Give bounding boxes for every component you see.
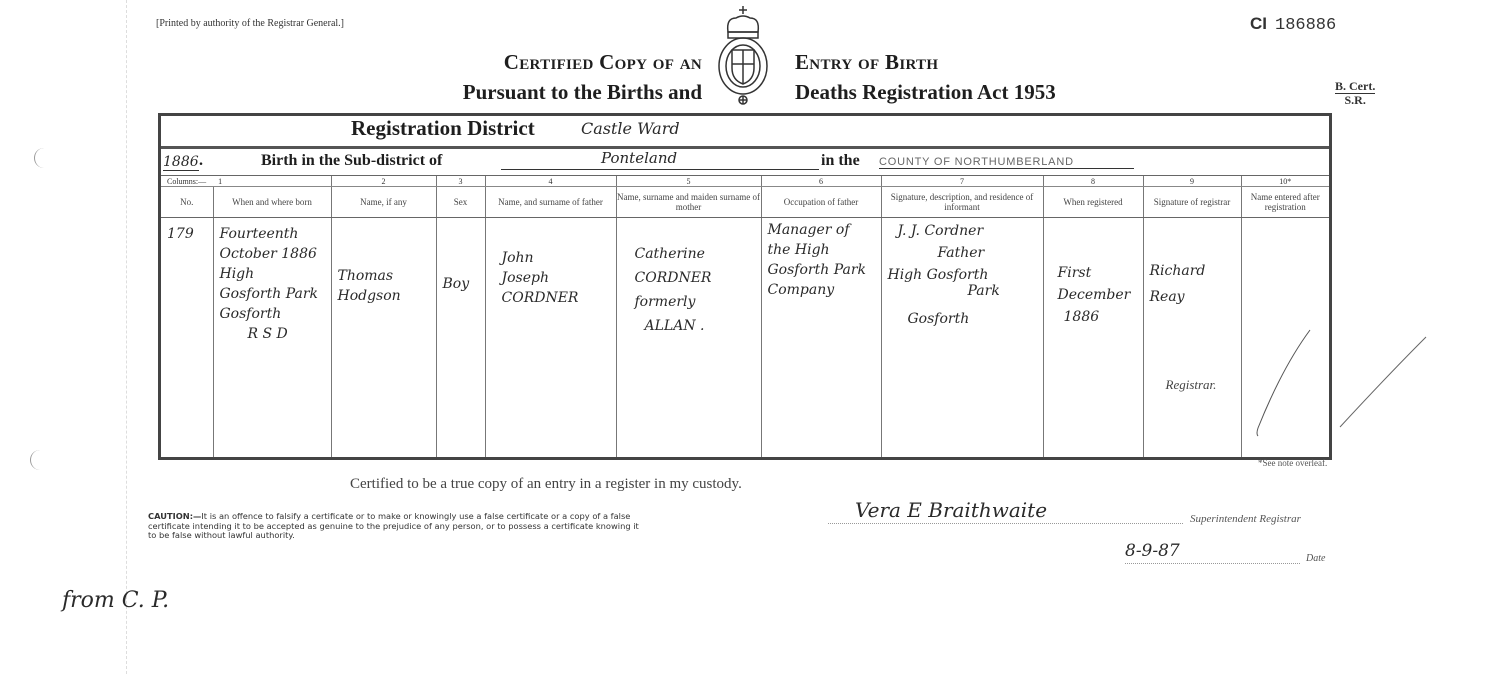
county-label: in the — [821, 152, 860, 170]
column-headers-row: No. When and where born Name, if any Sex… — [161, 187, 1329, 218]
title-right-line1: Entry of Birth — [795, 50, 938, 75]
date-dotted-line — [1125, 563, 1300, 564]
header-sex: Sex — [436, 187, 485, 218]
table-row: 179 Fourteenth October 1886 High Gosfort… — [161, 218, 1329, 458]
certificate-code-bottom: S.R. — [1335, 94, 1375, 106]
paper-fold-line — [126, 0, 127, 674]
column-number-4: 4 — [485, 176, 616, 187]
column-number-5: 5 — [616, 176, 761, 187]
title-left-line2: Pursuant to the Births and — [463, 80, 702, 105]
birth-register-table: Columns:— 1 2 3 4 5 6 7 8 9 10* No. When… — [161, 176, 1329, 457]
punch-hole-mark — [30, 450, 41, 470]
header-when-registered: When registered — [1043, 187, 1143, 218]
punch-hole-mark — [34, 148, 45, 168]
header-registrar-signature: Signature of registrar — [1143, 187, 1241, 218]
entry-child-name: Thomas Hodgson — [331, 218, 436, 458]
subdistrict-label: Birth in the Sub-district of — [261, 152, 442, 170]
column-number-7: 7 — [881, 176, 1043, 187]
header-name-after-registration: Name entered after registration — [1241, 187, 1329, 218]
header-occupation: Occupation of father — [761, 187, 881, 218]
certificate-code-top: B. Cert. — [1335, 80, 1375, 94]
registrar-signature-surname: Reay — [1150, 284, 1237, 310]
serial-prefix: CI — [1250, 14, 1267, 33]
entry-sex: Boy — [436, 218, 485, 458]
entry-father-occupation: Manager of the High Gosforth Park Compan… — [761, 218, 881, 458]
title-left-line1: Certified Copy of an — [504, 50, 702, 75]
certificate-code: B. Cert. S.R. — [1335, 80, 1375, 106]
registration-frame: Registration District Castle Ward 1886 .… — [158, 113, 1332, 460]
county-value: COUNTY OF NORTHUMBERLAND — [879, 156, 1134, 169]
registrar-title: Registrar. — [1150, 372, 1237, 398]
superintendent-registrar-label: Superintendent Registrar — [1190, 513, 1301, 525]
column-number-3: 3 — [436, 176, 485, 187]
header-informant: Signature, description, and residence of… — [881, 187, 1043, 218]
header-no: No. — [161, 187, 213, 218]
entry-father-name: John Joseph CORDNER — [485, 218, 616, 458]
column-number-1: Columns:— 1 — [161, 176, 331, 187]
registrar-signature: Richard — [1150, 258, 1237, 284]
subdistrict-value: Ponteland — [601, 149, 677, 167]
handwritten-margin-note: from C. P. — [62, 588, 169, 613]
signature-dotted-line — [828, 523, 1183, 524]
column-number-8: 8 — [1043, 176, 1143, 187]
subdistrict-row: 1886 . Birth in the Sub-district of Pont… — [161, 149, 1329, 176]
birth-year-value: 1886 — [163, 154, 199, 171]
header-when-where-born: When and where born — [213, 187, 331, 218]
cancellation-slash-mark-outside — [1338, 335, 1428, 430]
caution-label: CAUTION:— — [148, 511, 201, 521]
column-number-10: 10* — [1241, 176, 1329, 187]
column-number-9: 9 — [1143, 176, 1241, 187]
header-mother: Name, surname and maiden surname of moth… — [616, 187, 761, 218]
column-number-6: 6 — [761, 176, 881, 187]
title-right-line2: Deaths Registration Act 1953 — [795, 80, 1056, 105]
birth-year-dot: . — [199, 152, 203, 170]
registration-district-row: Registration District Castle Ward — [161, 116, 1329, 149]
royal-coat-of-arms-icon — [714, 4, 772, 108]
entry-when-registered: First December 1886 — [1043, 218, 1143, 458]
certification-date-value: 8-9-87 — [1125, 541, 1180, 561]
entry-number: 179 — [161, 218, 213, 458]
registration-district-value: Castle Ward — [581, 119, 680, 138]
header-name: Name, if any — [331, 187, 436, 218]
header-father: Name, and surname of father — [485, 187, 616, 218]
entry-when-where-born: Fourteenth October 1886 High Gosforth Pa… — [213, 218, 331, 458]
certification-date-label: Date — [1306, 553, 1325, 564]
see-note-overleaf: *See note overleaf. — [1258, 458, 1327, 468]
caution-notice: CAUTION:—It is an offence to falsify a c… — [148, 512, 648, 541]
entry-mother-name: Catherine CORDNER formerly ALLAN . — [616, 218, 761, 458]
caution-text: It is an offence to falsify a certificat… — [148, 511, 639, 540]
registration-district-label: Registration District — [351, 116, 535, 141]
serial-number: 186886 — [1275, 16, 1336, 35]
entry-registrar: Richard Reay Registrar. — [1143, 218, 1241, 458]
superintendent-registrar-signature: Vera E Braithwaite — [855, 498, 1047, 522]
printed-by-note: [Printed by authority of the Registrar G… — [156, 18, 344, 29]
certification-statement: Certified to be a true copy of an entry … — [350, 476, 742, 493]
subdistrict-underline — [501, 169, 819, 170]
cancellation-slash-mark — [1252, 328, 1312, 438]
column-numbers-row: Columns:— 1 2 3 4 5 6 7 8 9 10* — [161, 176, 1329, 187]
entry-informant: J. J. Cordner Father High Gosforth Park … — [881, 218, 1043, 458]
column-number-2: 2 — [331, 176, 436, 187]
entry-name-after-registration — [1241, 218, 1329, 458]
certificate-serial-number: CI186886 — [1250, 14, 1336, 35]
